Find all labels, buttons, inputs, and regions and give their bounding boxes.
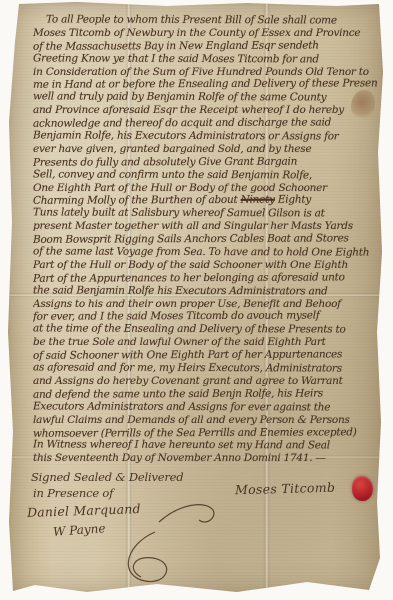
grantor-signature-moses-titcomb: Moses Titcomb xyxy=(235,480,336,498)
signature-swash-flourish xyxy=(157,498,219,532)
witness-signature-daniel-marquand: Daniel Marquand xyxy=(27,501,141,520)
in-presence-of-line: in Presence of xyxy=(33,486,113,500)
red-wax-seal xyxy=(352,476,373,501)
witness-signature-w-payne: W Payne xyxy=(53,521,106,539)
paraph-flourish xyxy=(111,530,189,588)
manuscript-paper: To all People to whom this Present Bill … xyxy=(7,2,385,594)
signed-sealed-delivered-line: Signed Sealed & Delivered xyxy=(31,470,183,484)
closing-block: Signed Sealed & Delivered in Presence of… xyxy=(7,2,385,594)
